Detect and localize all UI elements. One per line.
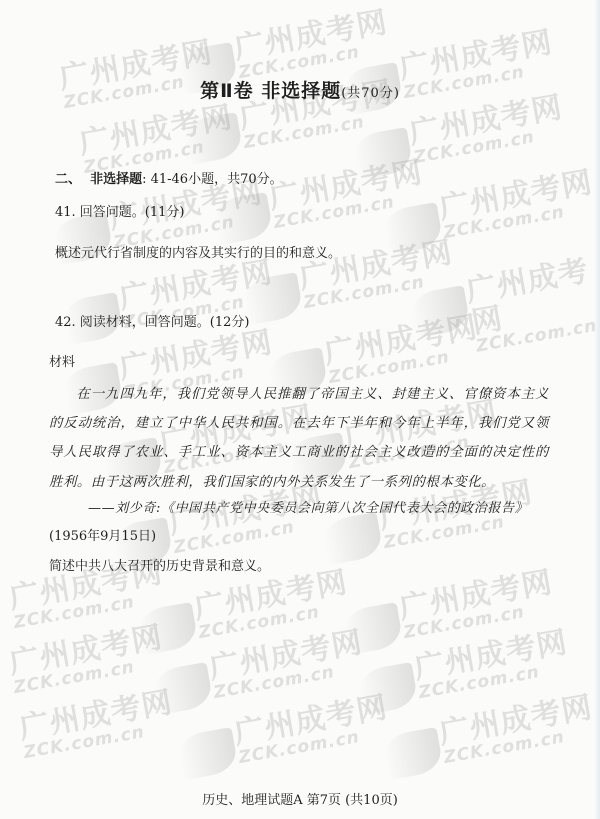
question-42-header: 42. 阅读材料，回答问题。(12分) (55, 311, 250, 330)
material-citation: ——刘少奇:《中国共产党中央委员会向第八次全国代表大会的政治报告》 (88, 497, 528, 516)
title-score: (共70分) (341, 86, 400, 101)
page-footer: 历史、地理试题A 第7页 (共10页) (0, 789, 600, 808)
question-41-header: 41. 回答问题。(11分) (55, 201, 185, 220)
page-title: 第Ⅱ卷 非选择题(共70分) (0, 76, 600, 103)
exam-content: 第Ⅱ卷 非选择题(共70分) 二、 非选择题: 41-46小题，共70分。 41… (0, 0, 600, 819)
question-41-prompt: 概述元代行省制度的内容及其实行的目的和意义。 (55, 242, 341, 261)
material-label: 材料 (49, 351, 75, 370)
title-main: 第Ⅱ卷 非选择题 (200, 80, 341, 102)
section-heading: 二、 非选择题: 41-46小题，共70分。 (55, 168, 283, 187)
question-42-prompt: 简述中共八大召开的历史背景和意义。 (49, 555, 270, 574)
material-passage: 在一九四九年，我们党领导人民推翻了帝国主义、封建主义、官僚资本主义的反动统治，建… (49, 380, 549, 497)
exam-page: 广州成考网ZCK.com.cn 广州成考网ZCK.com.cn 广州成考网ZCK… (0, 0, 600, 819)
citation-date: (1956年9月15日) (49, 525, 156, 544)
section-number: 二、 (55, 172, 81, 187)
material-text: 在一九四九年，我们党领导人民推翻了帝国主义、封建主义、官僚资本主义的反动统治，建… (49, 387, 549, 490)
section-detail: : 41-46小题，共70分。 (142, 172, 283, 187)
section-title: 非选择题 (90, 172, 142, 187)
